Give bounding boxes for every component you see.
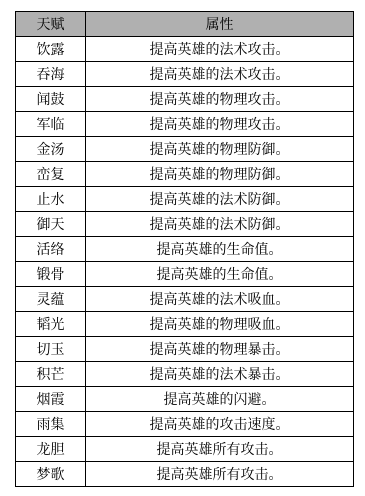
table-row: 切玉提高英雄的物理暴击。 [16,337,354,362]
talent-cell: 活络 [16,237,86,262]
table-row: 峦复提高英雄的物理防御。 [16,162,354,187]
talent-cell: 军临 [16,112,86,137]
header-cell-talent: 天赋 [16,12,86,37]
talent-cell: 锻骨 [16,262,86,287]
table-row: 韬光提高英雄的物理吸血。 [16,312,354,337]
table-row: 军临提高英雄的物理攻击。 [16,112,354,137]
talent-cell: 积芒 [16,362,86,387]
table-body: 饮露提高英雄的法术攻击。吞海提高英雄的法术攻击。闻鼓提高英雄的物理攻击。军临提高… [16,37,354,487]
attribute-cell: 提高英雄的物理攻击。 [86,87,354,112]
table-row: 积芒提高英雄的法术暴击。 [16,362,354,387]
talent-cell: 烟霞 [16,387,86,412]
attribute-cell: 提高英雄的闪避。 [86,387,354,412]
attribute-cell: 提高英雄的物理防御。 [86,162,354,187]
table-row: 梦歌提高英雄所有攻击。 [16,462,354,487]
attribute-cell: 提高英雄的物理吸血。 [86,312,354,337]
table-row: 活络提高英雄的生命值。 [16,237,354,262]
table-row: 饮露提高英雄的法术攻击。 [16,37,354,62]
attribute-cell: 提高英雄的法术暴击。 [86,362,354,387]
talent-cell: 饮露 [16,37,86,62]
talent-attribute-table: 天赋 属性 饮露提高英雄的法术攻击。吞海提高英雄的法术攻击。闻鼓提高英雄的物理攻… [15,11,354,487]
attribute-cell: 提高英雄的物理攻击。 [86,112,354,137]
attribute-cell: 提高英雄的法术攻击。 [86,62,354,87]
attribute-cell: 提高英雄的法术攻击。 [86,37,354,62]
talent-cell: 切玉 [16,337,86,362]
table-row: 灵蕴提高英雄的法术吸血。 [16,287,354,312]
attribute-cell: 提高英雄的攻击速度。 [86,412,354,437]
talent-cell: 韬光 [16,312,86,337]
attribute-cell: 提高英雄的法术防御。 [86,212,354,237]
talent-cell: 金汤 [16,137,86,162]
table-row: 止水提高英雄的法术防御。 [16,187,354,212]
talent-cell: 峦复 [16,162,86,187]
attribute-cell: 提高英雄的生命值。 [86,237,354,262]
attribute-cell: 提高英雄所有攻击。 [86,437,354,462]
table-row: 锻骨提高英雄的生命值。 [16,262,354,287]
table-row: 吞海提高英雄的法术攻击。 [16,62,354,87]
attribute-cell: 提高英雄所有攻击。 [86,462,354,487]
header-cell-attribute: 属性 [86,12,354,37]
talent-cell: 龙胆 [16,437,86,462]
talent-cell: 灵蕴 [16,287,86,312]
table-row: 闻鼓提高英雄的物理攻击。 [16,87,354,112]
talent-cell: 雨集 [16,412,86,437]
talent-cell: 御天 [16,212,86,237]
table-row: 雨集提高英雄的攻击速度。 [16,412,354,437]
attribute-cell: 提高英雄的生命值。 [86,262,354,287]
talent-cell: 闻鼓 [16,87,86,112]
talent-cell: 止水 [16,187,86,212]
attribute-cell: 提高英雄的法术吸血。 [86,287,354,312]
attribute-cell: 提高英雄的法术防御。 [86,187,354,212]
attribute-cell: 提高英雄的物理暴击。 [86,337,354,362]
attribute-cell: 提高英雄的物理防御。 [86,137,354,162]
table-header-row: 天赋 属性 [16,12,354,37]
talent-cell: 梦歌 [16,462,86,487]
table-row: 烟霞提高英雄的闪避。 [16,387,354,412]
table-row: 金汤提高英雄的物理防御。 [16,137,354,162]
table-row: 御天提高英雄的法术防御。 [16,212,354,237]
table-row: 龙胆提高英雄所有攻击。 [16,437,354,462]
talent-cell: 吞海 [16,62,86,87]
